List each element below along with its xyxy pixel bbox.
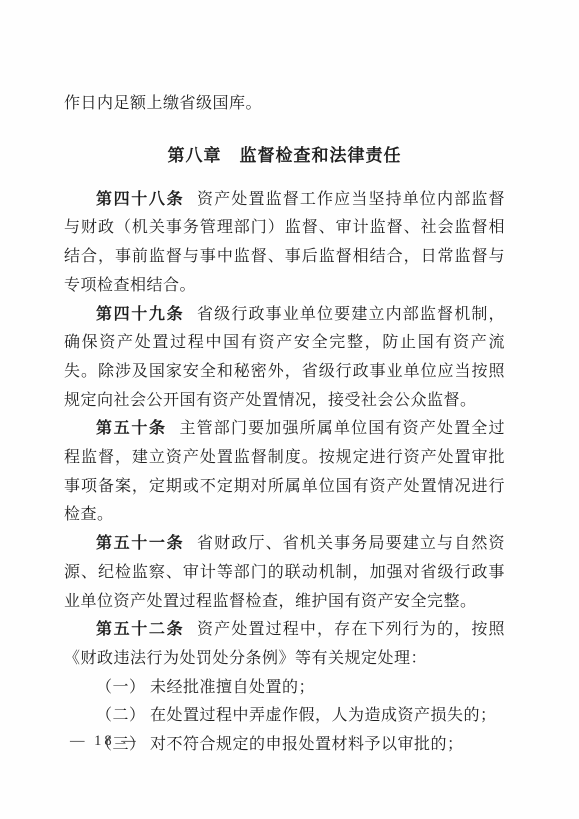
continuation-line: 作日内足额上缴省级国库。 (64, 90, 505, 119)
article-48-paragraph: 第四十八条资产处置监督工作应当坚持单位内部监督与财政（机关事务管理部门）监督、审… (64, 186, 505, 301)
violation-item-1: （一） 未经批准擅自处置的； (64, 674, 505, 703)
article-49-paragraph: 第四十九条省级行政事业单位要建立内部监督机制，确保资产处置过程中国有资产安全完整… (64, 301, 505, 416)
document-body: 作日内足额上缴省级国库。 第八章 监督检查和法律责任 第四十八条资产处置监督工作… (64, 90, 505, 760)
article-51-number: 第五十一条 (96, 535, 184, 552)
article-52-number: 第五十二条 (96, 621, 184, 638)
page-number: — 18 — (70, 733, 139, 750)
article-52-paragraph: 第五十二条资产处置过程中，存在下列行为的，按照《财政违法行为处罚处分条例》等有关… (64, 616, 505, 673)
article-49-number: 第四十九条 (96, 306, 184, 323)
document-page: 作日内足额上缴省级国库。 第八章 监督检查和法律责任 第四十八条资产处置监督工作… (0, 0, 579, 819)
chapter-heading: 第八章 监督检查和法律责任 (64, 144, 505, 168)
article-50-paragraph: 第五十条主管部门要加强所属单位国有资产处置全过程监督，建立资产处置监督制度。按规… (64, 415, 505, 530)
article-50-number: 第五十条 (96, 420, 167, 437)
violation-item-2: （二） 在处置过程中弄虚作假，人为造成资产损失的； (64, 702, 505, 731)
article-51-paragraph: 第五十一条省财政厅、省机关事务局要建立与自然资源、纪检监察、审计等部门的联动机制… (64, 530, 505, 616)
article-48-number: 第四十八条 (96, 191, 184, 208)
